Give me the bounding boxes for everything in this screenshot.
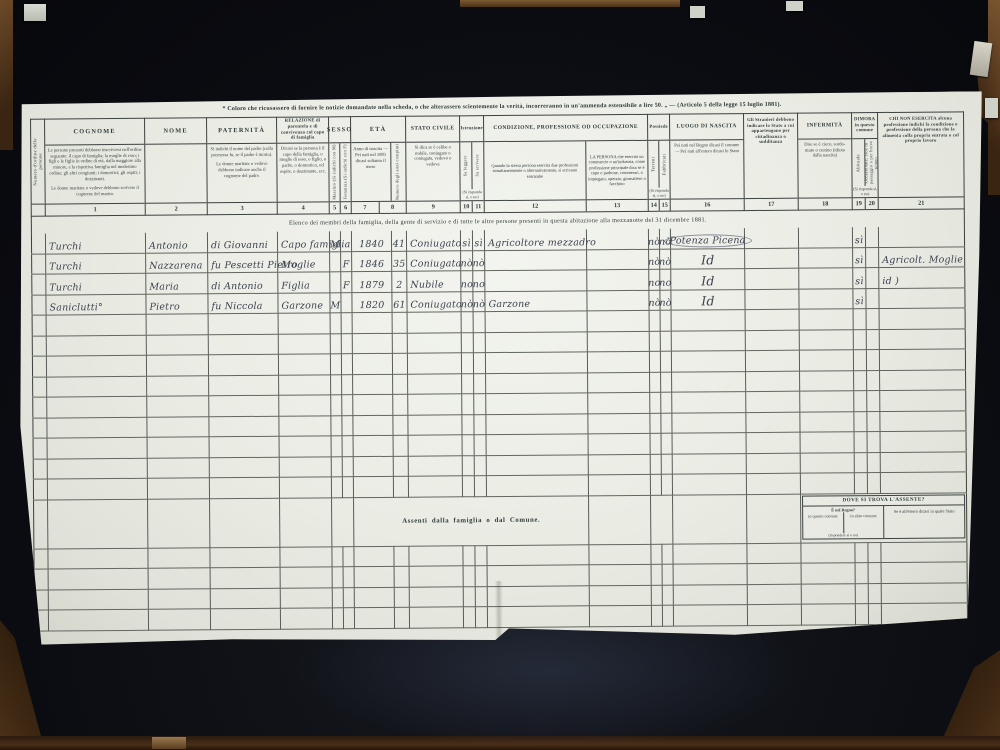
cell-dimora-abituale bbox=[854, 452, 867, 473]
cell-luogo-nascita: Id bbox=[671, 289, 745, 310]
cell-terreni bbox=[650, 433, 661, 454]
cell-stato-civile bbox=[407, 353, 461, 374]
cell-sa-scrivere bbox=[473, 332, 485, 353]
cell-luogo-nascita bbox=[672, 371, 746, 392]
cell-anno-nascita bbox=[352, 333, 392, 354]
cell-numero bbox=[32, 295, 46, 316]
cell-nome bbox=[148, 568, 210, 589]
cell-paternita: di Antonio bbox=[208, 272, 278, 293]
cell-paternita: fu Pescetti Pietro bbox=[208, 252, 278, 273]
cell-stato-civile bbox=[407, 332, 461, 353]
cell-dimora-occasionale bbox=[868, 583, 881, 604]
cell-chi-non-esercita bbox=[879, 308, 965, 329]
cell-cognome: Saniclutti° bbox=[46, 294, 146, 315]
cell-professione bbox=[485, 352, 587, 373]
cell-luogo-nascita: Potenza Picena bbox=[670, 228, 744, 249]
cell-dimora-abituale bbox=[854, 411, 867, 432]
cell-professione bbox=[485, 311, 587, 332]
cell-paternita bbox=[208, 334, 278, 355]
cell-luogo-nascita bbox=[672, 392, 746, 413]
cell-stranieri bbox=[744, 228, 798, 248]
cell-paternita bbox=[208, 313, 278, 334]
cell-cognome bbox=[47, 417, 147, 438]
col-luogo-nascita: LUOGO DI NASCITA Pei nati nel Regno dica… bbox=[670, 114, 745, 212]
cell-professione-13 bbox=[588, 372, 650, 393]
cell-sesso-m bbox=[331, 436, 342, 457]
cell-terreni bbox=[649, 351, 660, 372]
cell-fabbricati bbox=[661, 413, 672, 434]
cell-numero bbox=[34, 590, 48, 611]
cell-sesso-m bbox=[332, 587, 343, 608]
cell-stranieri bbox=[746, 371, 800, 392]
cell-cognome: Turchi bbox=[45, 233, 145, 254]
cell-luogo-nascita bbox=[671, 351, 745, 372]
header-row: Numero d'ordine delle persone COGNOME Le… bbox=[31, 112, 965, 216]
cell-sa-leggere bbox=[463, 607, 475, 628]
cell-professione: Agricoltore mezzadro bbox=[484, 229, 586, 250]
cell-dimora-abituale bbox=[854, 391, 867, 412]
col-stranieri: Gli Stranieri debbono indicare lo Stato … bbox=[744, 113, 799, 210]
cell-sa-scrivere bbox=[475, 586, 487, 607]
cell-stranieri bbox=[745, 330, 799, 351]
cell-sesso-f bbox=[343, 587, 354, 608]
cell-paternita: di Giovanni bbox=[207, 232, 277, 253]
cell-terreni bbox=[650, 474, 661, 495]
cell-cognome bbox=[46, 355, 146, 376]
cell-terreni bbox=[651, 585, 662, 606]
cell-fabbricati bbox=[661, 392, 672, 413]
cell-paternita bbox=[209, 457, 279, 478]
col-paternita: PATERNITÀ Si indichi il nome del padre (… bbox=[207, 117, 278, 215]
cell-infermita bbox=[799, 350, 853, 371]
cell-anni-compiuti bbox=[393, 374, 408, 395]
cell-dimora-occasionale bbox=[866, 268, 879, 289]
cell-anno-nascita bbox=[353, 476, 393, 497]
cell-numero bbox=[34, 610, 48, 631]
cell-sesso-m bbox=[330, 272, 341, 293]
cell-sa-scrivere bbox=[473, 353, 485, 374]
cell-sesso-f bbox=[342, 436, 353, 457]
cell-anno-nascita bbox=[354, 587, 394, 608]
cell-relazione bbox=[278, 354, 330, 375]
cell-cognome bbox=[48, 589, 148, 610]
cell-numero bbox=[34, 549, 48, 570]
cell-dimora-abituale bbox=[854, 370, 867, 391]
cell-relazione bbox=[278, 313, 330, 334]
cell-stranieri bbox=[745, 289, 799, 310]
cell-paternita: fu Niccola bbox=[208, 293, 278, 314]
cell-professione-13 bbox=[588, 454, 650, 475]
cell-professione-13 bbox=[587, 290, 649, 311]
cell-nome bbox=[147, 478, 209, 499]
cell-dimora-occasionale bbox=[867, 370, 880, 391]
cell-sesso-m bbox=[330, 313, 341, 334]
cell-stranieri bbox=[745, 309, 799, 330]
cell-anni-compiuti bbox=[393, 394, 408, 415]
cell-infermita bbox=[799, 247, 853, 268]
cell-fabbricati: nò bbox=[660, 290, 671, 311]
cell-luogo-nascita bbox=[673, 605, 747, 626]
cell-dimora-abituale bbox=[854, 473, 867, 494]
cell-relazione bbox=[279, 436, 331, 457]
cell-sa-scrivere bbox=[474, 455, 486, 476]
cell-anno-nascita bbox=[354, 607, 394, 628]
cell-cognome bbox=[46, 335, 146, 356]
col-chi-non-esercita: CHI NON ESERCITA alcuna professione indi… bbox=[878, 112, 965, 210]
cell-chi-non-esercita bbox=[881, 562, 967, 583]
cell-nome bbox=[146, 314, 208, 335]
cell-paternita bbox=[209, 416, 279, 437]
cell-dimora-occasionale bbox=[867, 432, 880, 453]
cell-sa-leggere: no bbox=[461, 271, 473, 292]
cell-sesso-f bbox=[341, 292, 352, 313]
cell-sesso-m bbox=[332, 567, 343, 588]
cell-stranieri bbox=[747, 563, 801, 584]
cell-sa-leggere bbox=[462, 414, 474, 435]
cell-nome: Nazzarena bbox=[146, 252, 208, 273]
cell-sesso-m bbox=[331, 477, 342, 498]
cell-stato-civile bbox=[408, 435, 462, 456]
cell-numero bbox=[33, 438, 47, 459]
cell-luogo-nascita: Id bbox=[671, 269, 745, 290]
cell-nome: Maria bbox=[146, 273, 208, 294]
cell-sesso-f bbox=[341, 313, 352, 334]
cell-relazione bbox=[279, 395, 331, 416]
cell-terreni bbox=[649, 331, 660, 352]
cell-fabbricati bbox=[661, 454, 672, 475]
cell-fabbricati: no bbox=[660, 269, 671, 290]
cell-chi-non-esercita bbox=[881, 582, 967, 603]
cell-anno-nascita bbox=[353, 394, 393, 415]
cell-cognome bbox=[47, 396, 147, 417]
cell-anno-nascita bbox=[354, 566, 394, 587]
cell-cognome bbox=[47, 458, 147, 479]
cell-anno-nascita bbox=[353, 456, 393, 477]
wood-corner-bottom-left bbox=[0, 620, 42, 740]
cell-cognome bbox=[46, 314, 146, 335]
cell-stranieri bbox=[747, 584, 801, 605]
col-sesso: SESSO Maschio (Si indichi con M) Femmina… bbox=[329, 117, 352, 214]
cell-numero bbox=[32, 254, 46, 275]
cell-terreni bbox=[650, 372, 661, 393]
cell-anni-compiuti bbox=[394, 546, 409, 567]
cell-chi-non-esercita bbox=[880, 472, 966, 493]
cell-luogo-nascita bbox=[673, 564, 747, 585]
cell-relazione: Capo famiglia bbox=[277, 231, 329, 251]
cell-professione-13 bbox=[589, 544, 651, 565]
col-numero-ordine: Numero d'ordine delle persone bbox=[31, 119, 46, 216]
cell-numero bbox=[33, 418, 47, 439]
cell-luogo-nascita bbox=[673, 543, 747, 564]
col-relazione: RELAZIONE di parentela e di convivenza c… bbox=[277, 117, 330, 214]
cell-professione bbox=[485, 270, 587, 291]
cell-infermita bbox=[798, 227, 852, 247]
cell-stranieri bbox=[745, 248, 799, 269]
cell-professione bbox=[485, 331, 587, 352]
cell-relazione bbox=[280, 608, 332, 629]
cell-dimora-abituale bbox=[855, 583, 868, 604]
cell-stato-civile bbox=[408, 394, 462, 415]
cell-professione-13 bbox=[588, 413, 650, 434]
cell-sesso-m bbox=[331, 395, 342, 416]
cell-luogo-nascita bbox=[672, 474, 746, 495]
cell-numero bbox=[33, 479, 47, 500]
cell-professione-13 bbox=[587, 331, 649, 352]
col-cognome: COGNOME Le persone presenti debbono insc… bbox=[45, 118, 146, 216]
cell-sa-scrivere bbox=[474, 373, 486, 394]
cell-sa-scrivere bbox=[473, 312, 485, 333]
cell-infermita bbox=[801, 563, 855, 584]
cell-sa-leggere bbox=[462, 476, 474, 497]
cell-anni-compiuti: 41 bbox=[391, 231, 406, 251]
cell-anni-compiuti bbox=[394, 566, 409, 587]
cell-chi-non-esercita bbox=[881, 603, 967, 624]
cell-relazione bbox=[279, 456, 331, 477]
paper-crease bbox=[495, 581, 503, 641]
cell-sa-leggere bbox=[461, 353, 473, 374]
cell-professione bbox=[486, 475, 588, 496]
cell-cognome bbox=[48, 548, 148, 569]
cell-numero bbox=[32, 356, 46, 377]
cell-stato-civile bbox=[408, 476, 462, 497]
cell-professione-13 bbox=[589, 585, 651, 606]
cell-paternita bbox=[209, 375, 279, 396]
cell-sesso-m bbox=[331, 456, 342, 477]
cell-sesso-m bbox=[330, 354, 341, 375]
cell-fabbricati bbox=[661, 433, 672, 454]
cell-paternita bbox=[210, 547, 280, 568]
cell-sa-leggere bbox=[462, 455, 474, 476]
cell-relazione bbox=[279, 477, 331, 498]
cell-terreni bbox=[649, 310, 660, 331]
cell-sa-scrivere bbox=[475, 566, 487, 587]
cell-sesso-f bbox=[342, 456, 353, 477]
cell-dimora-occasionale bbox=[866, 350, 879, 371]
cell-paternita bbox=[210, 588, 280, 609]
cell-sa-leggere bbox=[462, 435, 474, 456]
photo-of-census-sheet: * Coloro che ricusassero di fornire le n… bbox=[0, 0, 1000, 750]
cell-sesso-m bbox=[330, 333, 341, 354]
col-stato-civile: STATO CIVILE Si dica se è celibe o nubil… bbox=[406, 116, 461, 213]
cell-chi-non-esercita: Agricolt. Moglie bbox=[879, 246, 965, 267]
cell-sa-leggere bbox=[461, 332, 473, 353]
cell-fabbricati bbox=[662, 544, 673, 565]
cell-numero bbox=[34, 569, 48, 590]
cell-anno-nascita: 1846 bbox=[352, 251, 392, 272]
cell-cognome bbox=[47, 437, 147, 458]
cell-sesso-f bbox=[342, 415, 353, 436]
cell-professione-13 bbox=[587, 310, 649, 331]
col-possiede: Possiede Terreni Fabbricati (Si risponda… bbox=[648, 114, 671, 211]
cell-dimora-abituale bbox=[853, 309, 866, 330]
cell-terreni bbox=[650, 454, 661, 475]
cell-anni-compiuti: 2 bbox=[392, 271, 407, 292]
cell-sesso-f bbox=[342, 374, 353, 395]
cell-anno-nascita: 1879 bbox=[352, 271, 392, 292]
col-infermita: INFERMITÀ Dire se è cieco, sordo-muto o … bbox=[798, 113, 853, 210]
cell-stato-civile bbox=[409, 586, 463, 607]
cell-numero bbox=[33, 377, 47, 398]
cell-chi-non-esercita bbox=[881, 541, 967, 562]
paper-scrap bbox=[985, 98, 998, 118]
cell-sa-scrivere bbox=[475, 607, 487, 628]
cell-sa-leggere bbox=[462, 394, 474, 415]
cell-infermita bbox=[801, 604, 855, 625]
cell-relazione: Moglie bbox=[278, 251, 330, 272]
cell-anni-compiuti bbox=[392, 333, 407, 354]
col-istruzione: Istruzione Sa leggere Sa scrivere (Si ri… bbox=[460, 116, 485, 213]
wood-frame-top-notch bbox=[460, 0, 680, 7]
cell-terreni bbox=[650, 392, 661, 413]
dove-si-trova-box: DOVE SI TROVA L'ASSENTE? È nel Regno? in… bbox=[801, 492, 967, 542]
cell-fabbricati bbox=[662, 585, 673, 606]
cell-chi-non-esercita bbox=[879, 328, 965, 349]
cell-infermita bbox=[800, 473, 854, 494]
cell-stranieri bbox=[745, 268, 799, 289]
cell-sa-leggere bbox=[462, 373, 474, 394]
cell-fabbricati bbox=[661, 372, 672, 393]
cell-dimora-occasionale bbox=[866, 309, 879, 330]
cell-sesso-m: M bbox=[329, 231, 340, 251]
cell-sa-leggere bbox=[463, 566, 475, 587]
cell-luogo-nascita: Id bbox=[671, 248, 745, 269]
wood-corner-bottom-right bbox=[942, 650, 1000, 740]
cell-professione bbox=[486, 372, 588, 393]
cell-professione-13 bbox=[587, 269, 649, 290]
paper-scrap bbox=[24, 4, 46, 21]
cell-sa-scrivere: no bbox=[473, 271, 485, 292]
cell-stato-civile bbox=[407, 312, 461, 333]
cell-chi-non-esercita: id ) bbox=[879, 267, 965, 288]
cell-sesso-f bbox=[342, 395, 353, 416]
cell-dimora-abituale bbox=[853, 350, 866, 371]
cell-numero bbox=[32, 336, 46, 357]
cell-dimora-occasionale bbox=[868, 563, 881, 584]
cell-anni-compiuti: 61 bbox=[392, 292, 407, 313]
cell-stato-civile: Nubile bbox=[407, 271, 461, 292]
cell-infermita bbox=[800, 391, 854, 412]
cell-dimora-occasionale bbox=[865, 227, 878, 247]
cell-sa-leggere: sì bbox=[460, 230, 472, 250]
cell-relazione bbox=[279, 415, 331, 436]
cell-stranieri bbox=[746, 473, 800, 494]
cell-chi-non-esercita bbox=[878, 226, 964, 247]
cell-nome bbox=[146, 334, 208, 355]
cell-infermita bbox=[801, 542, 855, 563]
cell-stato-civile bbox=[408, 455, 462, 476]
cell-numero bbox=[33, 459, 47, 480]
cell-sesso-f bbox=[343, 546, 354, 567]
cell-paternita bbox=[210, 608, 280, 629]
cell-dimora-occasionale bbox=[867, 411, 880, 432]
cell-sesso-f: F bbox=[341, 251, 352, 272]
cell-fabbricati bbox=[660, 310, 671, 331]
cell-relazione: Garzone bbox=[278, 292, 330, 313]
assenti-caption: Assenti dalla famiglia o dal Comune. bbox=[354, 495, 589, 546]
cell-dimora-abituale bbox=[855, 604, 868, 625]
cell-relazione bbox=[280, 587, 332, 608]
cell-nome bbox=[148, 588, 210, 609]
cell-infermita bbox=[801, 583, 855, 604]
cell-paternita bbox=[209, 477, 279, 498]
cell-infermita bbox=[799, 288, 853, 309]
wood-table-edge-highlight bbox=[152, 737, 186, 749]
col-dimora: DIMORA in questo comune Abituale Occasio… bbox=[852, 113, 879, 210]
cell-dimora-occasionale bbox=[867, 391, 880, 412]
cell-sesso-m bbox=[331, 415, 342, 436]
cell-cognome bbox=[47, 376, 147, 397]
cell-paternita bbox=[210, 567, 280, 588]
cell-paternita bbox=[209, 436, 279, 457]
cell-stranieri bbox=[746, 412, 800, 433]
cell-infermita bbox=[799, 268, 853, 289]
cell-dimora-occasionale bbox=[866, 329, 879, 350]
cell-anno-nascita bbox=[352, 353, 392, 374]
cell-professione bbox=[486, 434, 588, 455]
cell-professione bbox=[485, 249, 587, 270]
cell-fabbricati bbox=[662, 605, 673, 626]
cell-anni-compiuti bbox=[392, 312, 407, 333]
cell-anno-nascita: 1840 bbox=[351, 231, 391, 251]
cell-professione: Garzone bbox=[485, 290, 587, 311]
wood-frame-left bbox=[0, 0, 13, 150]
cell-anno-nascita bbox=[353, 415, 393, 436]
cell-nome bbox=[147, 437, 209, 458]
cell-sa-leggere bbox=[463, 586, 475, 607]
cell-sa-scrivere bbox=[474, 476, 486, 497]
cell-professione bbox=[486, 454, 588, 475]
cell-sesso-f bbox=[343, 567, 354, 588]
cell-nome bbox=[147, 457, 209, 478]
cell-sesso-m bbox=[332, 546, 343, 567]
cell-stato-civile bbox=[409, 566, 463, 587]
cell-sesso-m bbox=[330, 251, 341, 272]
cell-stato-civile: Coniugata bbox=[407, 250, 461, 271]
cell-sa-scrivere bbox=[474, 394, 486, 415]
cell-luogo-nascita bbox=[672, 433, 746, 454]
cell-fabbricati bbox=[660, 351, 671, 372]
cell-chi-non-esercita bbox=[880, 431, 966, 452]
cell-sesso-m bbox=[331, 374, 342, 395]
cell-cognome bbox=[47, 478, 147, 499]
cell-chi-non-esercita bbox=[880, 369, 966, 390]
paper-scrap bbox=[690, 6, 705, 18]
cell-paternita bbox=[208, 354, 278, 375]
cell-anni-compiuti bbox=[393, 476, 408, 497]
cell-anno-nascita bbox=[353, 374, 393, 395]
cell-numero bbox=[32, 315, 46, 336]
cell-sesso-f bbox=[341, 333, 352, 354]
cell-luogo-nascita bbox=[671, 310, 745, 331]
cell-sesso-m bbox=[332, 608, 343, 629]
cell-terreni bbox=[651, 564, 662, 585]
cell-relazione: Figlia bbox=[278, 272, 330, 293]
cell-anno-nascita bbox=[353, 435, 393, 456]
cell-sa-scrivere bbox=[475, 545, 487, 566]
col-condizione-professione: CONDIZIONE, PROFESSIONE OD OCCUPAZIONE Q… bbox=[484, 114, 649, 212]
cell-relazione bbox=[279, 374, 331, 395]
cell-anni-compiuti bbox=[393, 456, 408, 477]
cell-anni-compiuti bbox=[392, 353, 407, 374]
cell-chi-non-esercita bbox=[880, 410, 966, 431]
cell-cognome bbox=[48, 568, 148, 589]
cell-sesso-f: F bbox=[341, 272, 352, 293]
cell-dimora-abituale bbox=[855, 542, 868, 563]
cell-stranieri bbox=[747, 604, 801, 625]
col-nome: NOME 2 bbox=[145, 118, 208, 215]
cell-dimora-occasionale bbox=[868, 604, 881, 625]
cell-nome bbox=[148, 609, 210, 630]
